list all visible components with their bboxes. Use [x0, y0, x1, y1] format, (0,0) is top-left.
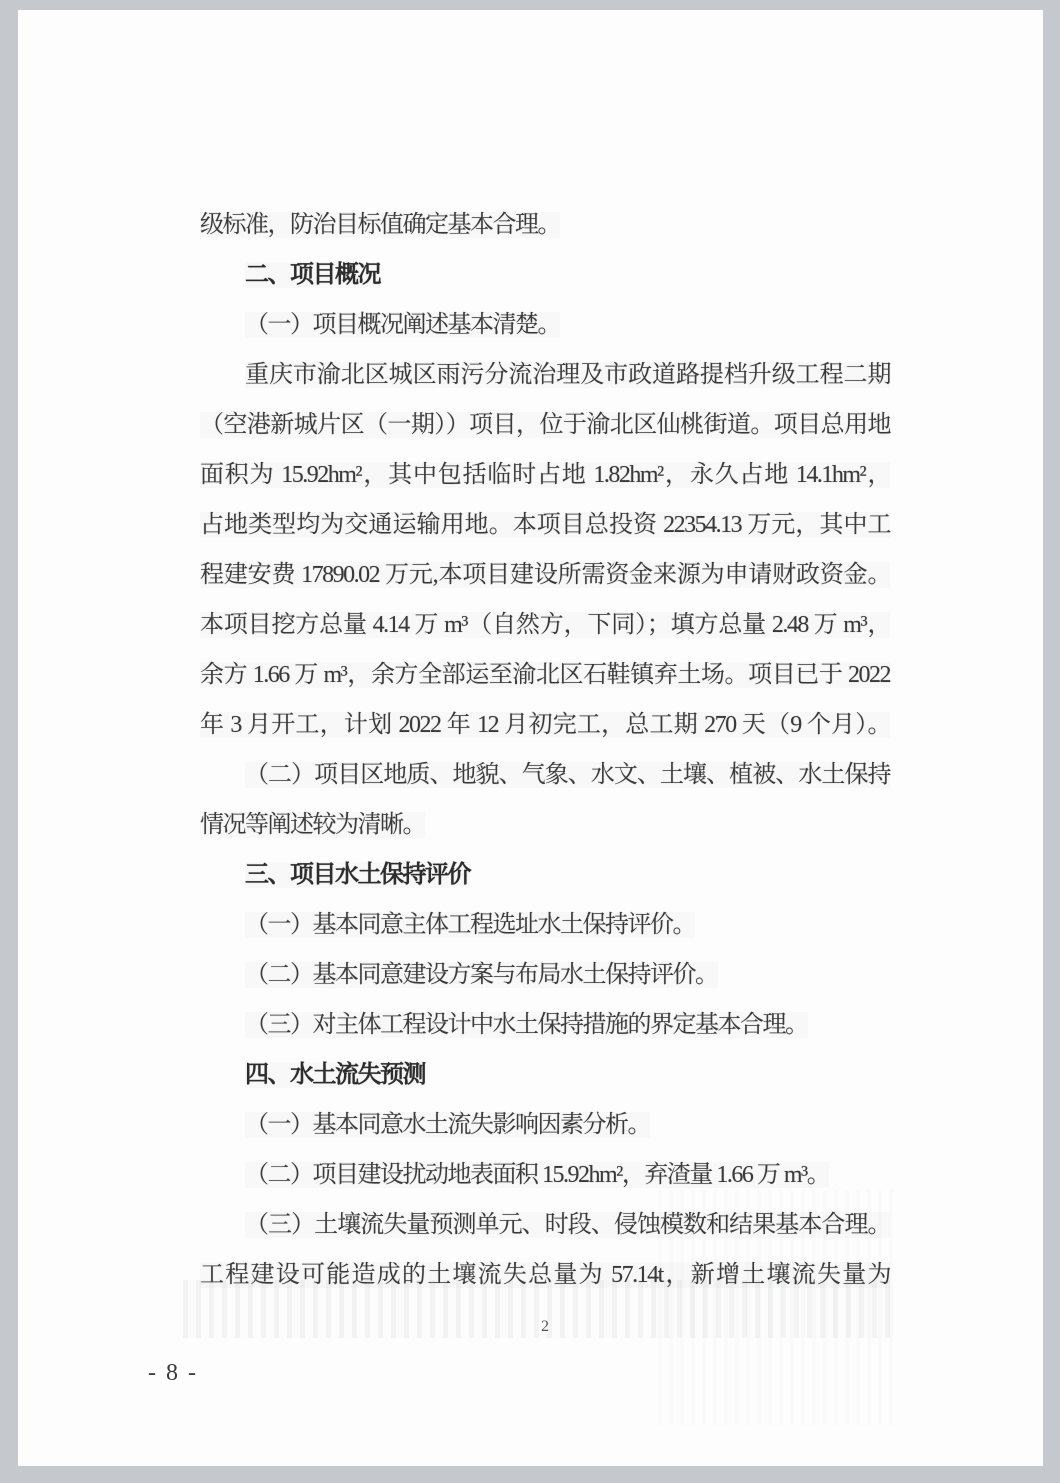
doc-line-text: （二）基本同意建设方案与布局水土保持评价。: [245, 962, 718, 988]
doc-line-text: 年 3 月开工，计划 2022 年 12 月初完工，总工期 270 天（9 个月…: [200, 712, 890, 738]
doc-line-text: 工程建设可能造成的土壤流失总量为 57.14t，新增土壤流失量为: [200, 1262, 890, 1288]
doc-line: （三）土壤流失量预测单元、时段、侵蚀模数和结果基本合理。: [200, 1200, 890, 1250]
doc-line-text: 面积为 15.92hm²，其中包括临时占地 1.82hm²，永久占地 14.1h…: [200, 462, 890, 488]
doc-line: 重庆市渝北区城区雨污分流治理及市政道路提档升级工程二期: [200, 350, 890, 400]
screenshot-root: { "colors": { "frame": "#c5c9ce", "paper…: [0, 0, 1060, 1483]
document-page: 级标准，防治目标值确定基本合理。 二、项目概况 （一）项目概况阐述基本清楚。 重…: [18, 10, 1043, 1466]
doc-line-text: 占地类型均为交通运输用地。本项目总投资 22354.13 万元，其中工: [200, 512, 890, 538]
section-heading: 三、项目水土保持评价: [200, 850, 890, 900]
doc-line-text: （一）基本同意主体工程选址水土保持评价。: [245, 912, 695, 938]
doc-line: （一）基本同意水土流失影响因素分析。: [200, 1100, 890, 1150]
doc-line-text: （二）项目区地质、地貌、气象、水文、土壤、植被、水土保持: [245, 762, 890, 788]
doc-line-text: 余方 1.66 万 m³，余方全部运至渝北区石鞋镇弃土场。项目已于 2022: [200, 662, 890, 688]
doc-line: 级标准，防治目标值确定基本合理。: [200, 200, 890, 250]
doc-line-text: 四、水土流失预测: [245, 1062, 425, 1088]
doc-line: （空港新城片区（一期））项目，位于渝北区仙桃街道。项目总用地: [200, 400, 890, 450]
doc-line-text: （三）土壤流失量预测单元、时段、侵蚀模数和结果基本合理。: [245, 1212, 890, 1238]
doc-line: 本项目挖方总量 4.14 万 m³（自然方，下同）；填方总量 2.48 万 m³…: [200, 600, 890, 650]
doc-line: 工程建设可能造成的土壤流失总量为 57.14t，新增土壤流失量为: [200, 1250, 890, 1300]
doc-line-text: 情况等阐述较为清晰。: [200, 812, 425, 838]
page-number-inner: 2: [200, 1312, 890, 1342]
doc-line-text: 级标准，防治目标值确定基本合理。: [200, 212, 560, 238]
doc-line: （二）基本同意建设方案与布局水土保持评价。: [200, 950, 890, 1000]
doc-line-text: 三、项目水土保持评价: [245, 862, 470, 888]
doc-line: （一）基本同意主体工程选址水土保持评价。: [200, 900, 890, 950]
doc-line-text: 程建安费 17890.02 万元,本项目建设所需资金来源为申请财政资金。: [200, 562, 890, 588]
doc-line: 占地类型均为交通运输用地。本项目总投资 22354.13 万元，其中工: [200, 500, 890, 550]
section-heading: 四、水土流失预测: [200, 1050, 890, 1100]
doc-line: 情况等阐述较为清晰。: [200, 800, 890, 850]
doc-line-text: 二、项目概况: [245, 262, 380, 288]
doc-line-text: （一）基本同意水土流失影响因素分析。: [245, 1112, 650, 1138]
doc-line-text: （一）项目概况阐述基本清楚。: [245, 312, 560, 338]
doc-line: （三）对主体工程设计中水土保持措施的界定基本合理。: [200, 1000, 890, 1050]
doc-line: （一）项目概况阐述基本清楚。: [200, 300, 890, 350]
doc-line: 余方 1.66 万 m³，余方全部运至渝北区石鞋镇弃土场。项目已于 2022: [200, 650, 890, 700]
doc-line-text: 重庆市渝北区城区雨污分流治理及市政道路提档升级工程二期: [245, 362, 890, 388]
section-heading: 二、项目概况: [200, 250, 890, 300]
page-number-outer: - 8 -: [148, 1355, 198, 1391]
doc-line-text: 本项目挖方总量 4.14 万 m³（自然方，下同）；填方总量 2.48 万 m³…: [200, 612, 890, 638]
doc-line-text: （三）对主体工程设计中水土保持措施的界定基本合理。: [245, 1012, 808, 1038]
document-body: 级标准，防治目标值确定基本合理。 二、项目概况 （一）项目概况阐述基本清楚。 重…: [200, 200, 890, 1300]
doc-line-text: （二）项目建设扰动地表面积 15.92hm²，弃渣量 1.66 万 m³。: [245, 1162, 829, 1188]
doc-line: 程建安费 17890.02 万元,本项目建设所需资金来源为申请财政资金。: [200, 550, 890, 600]
doc-line-text: （空港新城片区（一期））项目，位于渝北区仙桃街道。项目总用地: [200, 412, 890, 438]
doc-line: （二）项目区地质、地貌、气象、水文、土壤、植被、水土保持: [200, 750, 890, 800]
doc-line: 年 3 月开工，计划 2022 年 12 月初完工，总工期 270 天（9 个月…: [200, 700, 890, 750]
doc-line: （二）项目建设扰动地表面积 15.92hm²，弃渣量 1.66 万 m³。: [200, 1150, 890, 1200]
doc-line: 面积为 15.92hm²，其中包括临时占地 1.82hm²，永久占地 14.1h…: [200, 450, 890, 500]
